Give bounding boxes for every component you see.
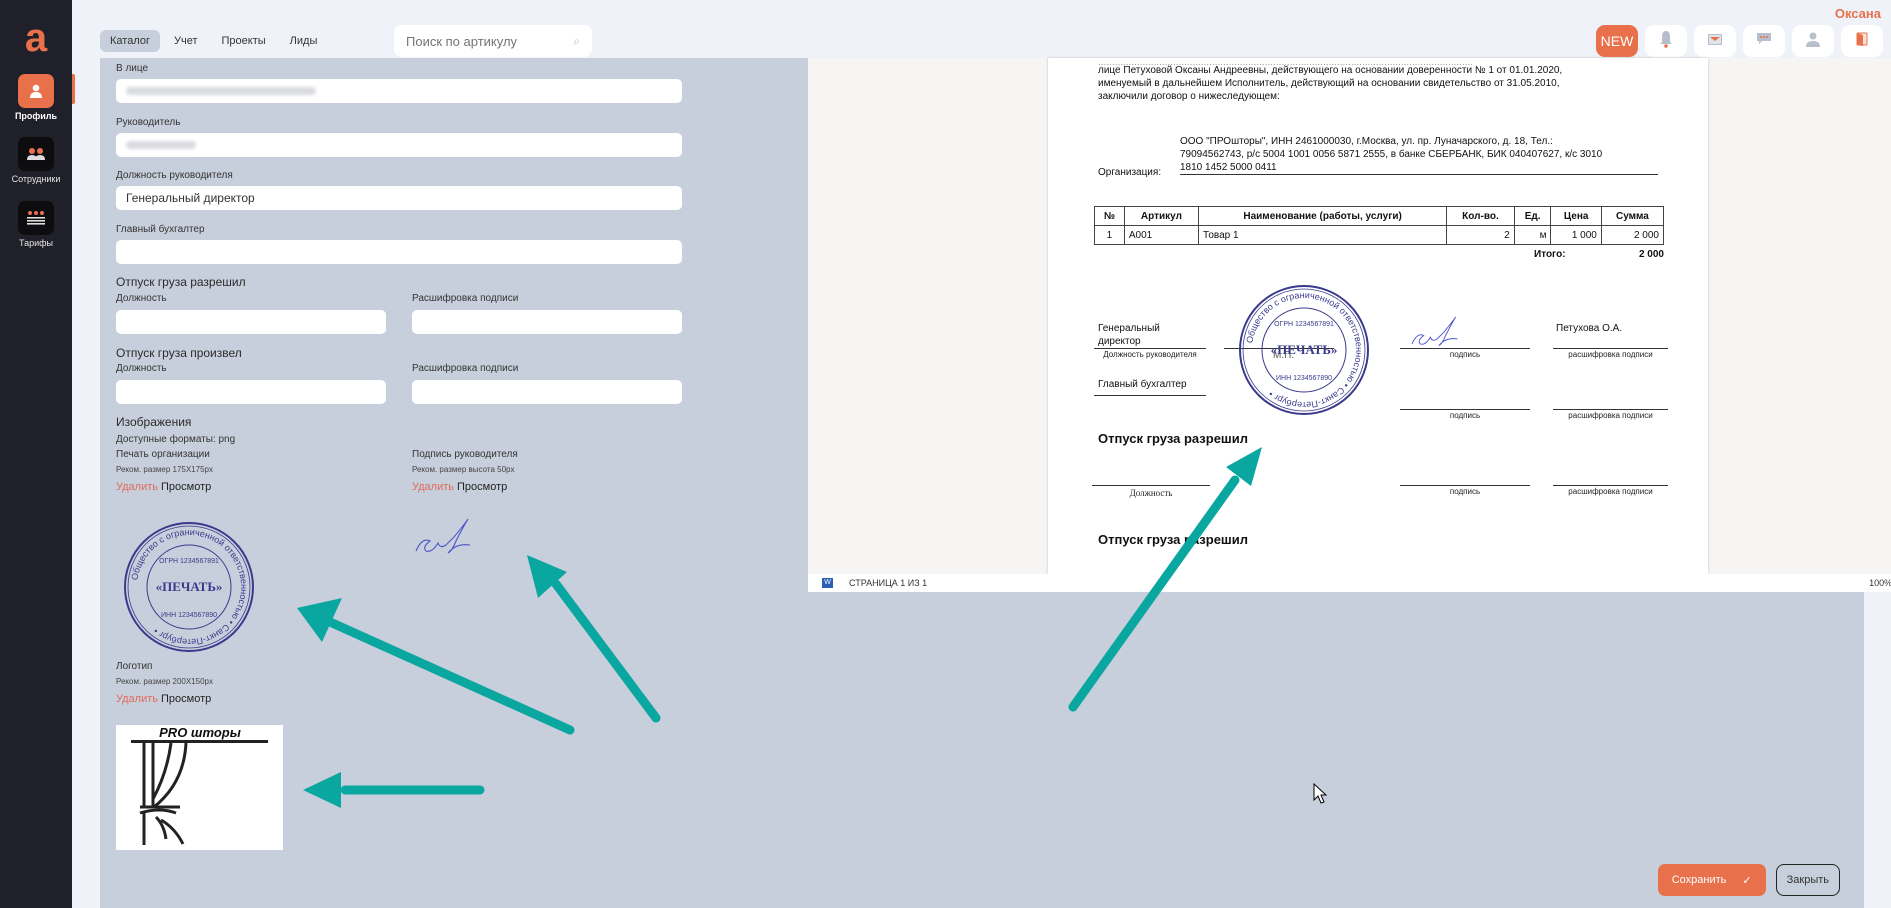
- bell-icon: [1660, 30, 1672, 53]
- table-header: Ед.: [1514, 207, 1551, 226]
- app-logo[interactable]: a: [20, 22, 52, 58]
- head-field[interactable]: [116, 133, 682, 157]
- logo-image: PRO шторы: [116, 725, 283, 850]
- doc-organization: ООО "ПРОшторы", ИНН 2461000030, г.Москва…: [1180, 135, 1602, 174]
- document-page: ........................................…: [1048, 58, 1708, 574]
- release-done-title: Отпуск груза произвел: [116, 346, 242, 360]
- svg-text:PRO шторы: PRO шторы: [159, 725, 241, 740]
- svg-text:ИНН 1234567890: ИНН 1234567890: [161, 612, 217, 619]
- footer-actions: Сохранить ✓ Закрыть: [1658, 864, 1840, 896]
- signature-image: [412, 513, 482, 563]
- table-header: Сумма: [1601, 207, 1663, 226]
- sidebar-item-tariffs[interactable]: Тарифы: [0, 201, 72, 248]
- svg-text:«ПЕЧАТЬ»: «ПЕЧАТЬ»: [1271, 342, 1338, 357]
- signature-actions: УдалитьПросмотр: [412, 481, 507, 493]
- signature-view-link[interactable]: Просмотр: [457, 481, 507, 493]
- exit-icon: [1856, 32, 1868, 51]
- new-button[interactable]: NEW: [1596, 25, 1638, 57]
- search-icon[interactable]: ⌕: [573, 34, 580, 49]
- images-title: Изображения: [116, 415, 191, 429]
- document-preview: ........................................…: [808, 58, 1891, 592]
- user-name[interactable]: Оксана: [1835, 6, 1881, 21]
- table-header: Кол-во.: [1447, 207, 1515, 226]
- stamp-delete-link[interactable]: Удалить: [116, 481, 158, 493]
- preview-status-bar: W СТРАНИЦА 1 ИЗ 1 100% ▤ ▾ ⛶: [808, 574, 1891, 592]
- mail-icon: [1708, 32, 1722, 50]
- doc-stamp: Общество с ограниченной ответственностью…: [1238, 284, 1370, 416]
- tab-catalog[interactable]: Каталог: [100, 30, 160, 52]
- table-header: Цена: [1551, 207, 1601, 226]
- table-header: Артикул: [1124, 207, 1198, 226]
- tab-leads[interactable]: Лиды: [280, 30, 328, 52]
- check-icon: ✓: [1742, 874, 1751, 887]
- tab-accounting[interactable]: Учет: [164, 30, 208, 52]
- profile-button[interactable]: [1792, 25, 1834, 57]
- head-position-field[interactable]: [116, 186, 682, 210]
- logo-actions: УдалитьПросмотр: [116, 693, 211, 705]
- left-sidebar: a Профиль Сотрудники Тарифы: [0, 0, 72, 908]
- search-input[interactable]: [406, 34, 566, 49]
- page-indicator: СТРАНИЦА 1 ИЗ 1: [849, 578, 927, 588]
- release-allowed-title: Отпуск груза разрешил: [116, 275, 246, 289]
- logo-view-link[interactable]: Просмотр: [161, 693, 211, 705]
- chief-accountant-field[interactable]: [116, 240, 682, 264]
- release-allowed-position-field[interactable]: [116, 310, 386, 334]
- logo-delete-link[interactable]: Удалить: [116, 693, 158, 705]
- release-allowed-decoding-field[interactable]: [412, 310, 682, 334]
- mouse-cursor: [1313, 783, 1329, 805]
- user-icon: [18, 74, 54, 108]
- sidebar-item-profile[interactable]: Профиль: [0, 74, 72, 121]
- signature-delete-link[interactable]: Удалить: [412, 481, 454, 493]
- tab-projects[interactable]: Проекты: [212, 30, 276, 52]
- invoice-table: №АртикулНаименование (работы, услуги)Кол…: [1094, 206, 1664, 245]
- svg-text:ОГРН 1234567891: ОГРН 1234567891: [159, 558, 219, 565]
- search-box: ⌕: [394, 25, 592, 57]
- close-button[interactable]: Закрыть: [1776, 864, 1840, 896]
- release-done-decoding-field[interactable]: [412, 380, 682, 404]
- word-icon: W: [822, 578, 833, 588]
- stamp-image: Общество с ограниченной ответственностью…: [123, 521, 255, 653]
- profile-icon: [1805, 31, 1821, 52]
- zoom-level[interactable]: 100%: [1869, 578, 1891, 588]
- header-actions: NEW: [1596, 25, 1883, 57]
- active-marker: [72, 74, 75, 104]
- sidebar-item-employees[interactable]: Сотрудники: [0, 137, 72, 184]
- svg-text:ОГРН 1234567891: ОГРН 1234567891: [1274, 321, 1334, 328]
- tariffs-icon: [18, 201, 54, 235]
- stamp-view-link[interactable]: Просмотр: [161, 481, 211, 493]
- chat-button[interactable]: [1743, 25, 1785, 57]
- notifications-button[interactable]: [1645, 25, 1687, 57]
- table-header: Наименование (работы, услуги): [1199, 207, 1447, 226]
- exit-button[interactable]: [1841, 25, 1883, 57]
- modal-body: В лице Руководитель Должность руководите…: [100, 58, 1864, 908]
- stamp-actions: УдалитьПросмотр: [116, 481, 211, 493]
- top-nav: Каталог Учет Проекты Лиды: [100, 30, 327, 52]
- svg-text:ИНН 1234567890: ИНН 1234567890: [1276, 375, 1332, 382]
- save-button[interactable]: Сохранить ✓: [1658, 864, 1766, 896]
- table-row: 1А001Товар 12м1 0002 000: [1095, 226, 1664, 245]
- table-header: №: [1095, 207, 1125, 226]
- release-done-position-field[interactable]: [116, 380, 386, 404]
- svg-text:«ПЕЧАТЬ»: «ПЕЧАТЬ»: [156, 579, 223, 594]
- in-person-field[interactable]: [116, 79, 682, 103]
- users-icon: [18, 137, 54, 171]
- doc-intro: лице Петуховой Оксаны Андреевны, действу…: [1098, 64, 1562, 103]
- chat-icon: [1756, 32, 1772, 50]
- mail-button[interactable]: [1694, 25, 1736, 57]
